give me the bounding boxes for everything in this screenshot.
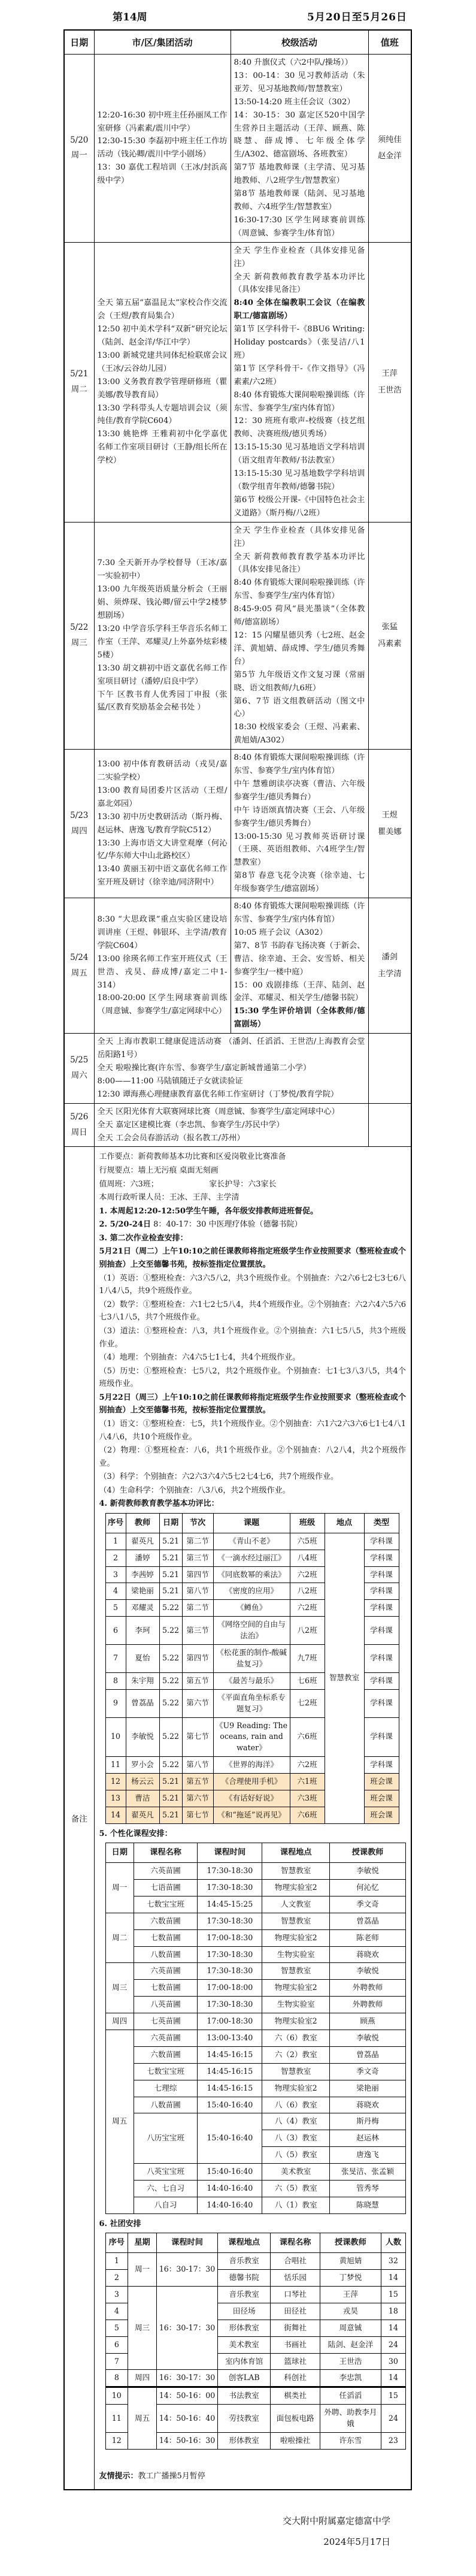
- inner-cell: 3: [105, 1566, 126, 1583]
- inner-cell: 八（5）教室: [262, 2147, 329, 2164]
- inner-cell: 第五节: [182, 1672, 213, 1689]
- inner-cell: 第四节: [182, 1566, 213, 1583]
- inner-cell: 朱宇翔: [126, 1672, 159, 1689]
- inner-cell: 第二节: [182, 1600, 213, 1617]
- inner-cell: 八（6）教室: [262, 2097, 329, 2113]
- activity-line: 14：30-15：30 嘉定区520中国学生营养日主题活动（王萍、顾燕、陈晓慧、…: [234, 109, 365, 162]
- inner-cell: 书法教室: [218, 2387, 271, 2405]
- header-school-activities: 校级活动: [231, 30, 368, 55]
- district-activities-cell: 13:00 初中体育教研活动（戎昊/嘉二实验学校）13:00 教育局团委片区活动…: [94, 750, 231, 898]
- inner-cell: 周四: [128, 2370, 157, 2387]
- inner-cell: 唐逸飞: [329, 2147, 405, 2164]
- activity-line: 全天 工会会员春游活动（报名教工/苏州）: [98, 1132, 365, 1145]
- note-line: （3）道法：①整班检查：八3，共1个班级作业。②个别抽查：六1七5八5，共3个班…: [99, 1325, 407, 1351]
- activity-line: 13:15-15:30 见习基地语文学科培训 （语文组青年教师/书法教室）: [234, 441, 365, 467]
- weekday-label: 周五: [65, 966, 94, 982]
- activity-line: 第7节 基地教师课（主学清、见习基地教师、八2班学生/智慧教室）: [234, 161, 365, 188]
- activity-line: 13:00 徐瑛名师工作室开班仪式（王世浩、戎昊、薛成博/嘉定二中1-314）: [98, 953, 228, 992]
- activity-line: 全天 新荷教师教育教学基本功评比（具体安排见备注）: [234, 551, 365, 577]
- date-cell: 5/21周二: [64, 242, 94, 522]
- activity-line: 13:00-15:30 见习教师英语研讨课（王瑛、英语组教师、六4班学生/智慧教…: [234, 831, 365, 870]
- note-text: 2. 5/20-24日: [99, 1220, 151, 1229]
- inner-cell: 美术教室: [218, 2336, 271, 2353]
- note-text: 本周行政听课人员：王冰、王萍、主学清: [99, 1193, 239, 1202]
- inner-cell: 季文奇: [329, 1896, 405, 1913]
- note-text: 5月21日（周二）上午10:10之前任课教师将指定班级学生作业按照要求（整班检查…: [99, 1247, 407, 1269]
- activity-line: 13:00 初中体育教研活动（戎昊/嘉二实验学校）: [98, 758, 228, 784]
- inner-cell: 七语苗圃: [134, 1880, 197, 1896]
- inner-cell: 17:30-18:30: [198, 1963, 262, 1980]
- inner-cell: 任滔滔: [320, 2387, 381, 2405]
- duty-name: 赵金洋: [369, 148, 411, 165]
- inner-cell: 周一: [128, 2253, 157, 2287]
- inner-row: 周二六数苗圃17:30-18:30智慧教室曾荔晶: [105, 1913, 406, 1929]
- note-line: 5月21日（周二）上午10:10之前任课教师将指定班级学生作业按照要求（整班检查…: [99, 1245, 407, 1271]
- day-row: 5/22周三7:30 全天新开办学校督导（王冰/嘉一实验初中）13:00 九年级…: [64, 522, 411, 749]
- inner-cell: 美术教室: [262, 2164, 329, 2181]
- inner-row: 1周一16：30-17：30音乐教室合唱社黄旭婧32: [105, 2253, 406, 2270]
- inner-cell: 5.21: [159, 1790, 182, 1807]
- inner-cell: 六英苗圃: [134, 1963, 197, 1980]
- inner-cell: 学科课: [364, 1583, 399, 1600]
- inner-cell: 周三: [128, 2286, 157, 2369]
- inner-header-row: 序号教师日期节次课题班级地点类型: [105, 1514, 399, 1533]
- inner-cell: 形体教室: [218, 2432, 271, 2449]
- inner-cell: 第六节: [182, 1790, 213, 1807]
- inner-cell: 戎昊: [320, 2303, 381, 2320]
- inner-cell: 六数苗圃: [134, 2046, 197, 2063]
- activity-line: 12:30-15:30 李磊初中班主任工作坊活动（钱沁卿/震川中学小剧场）: [98, 135, 228, 161]
- inner-cell: 2: [105, 2270, 128, 2287]
- inner-cell: 第三节: [182, 1617, 213, 1645]
- inner-cell: 曾荔晶: [329, 2046, 405, 2063]
- activity-line: 第8节 基地教师课（陆剑、见习基地教师、六4班学生/智慧教室）: [234, 188, 365, 214]
- activity-line: 12:20-16:30 初中班主任孙丽凤工作室研修（冯素素/震川中学）: [98, 109, 228, 135]
- activity-line: 8:40 全体在编教职工会议（在编教职工/德富剧场）: [234, 297, 365, 323]
- inner-cell: 第七节: [182, 1717, 213, 1757]
- inner-cell: 学科课: [364, 1566, 399, 1583]
- inner-cell: 班会课: [364, 1790, 399, 1807]
- inner-cell: 翟英凡: [126, 1807, 159, 1823]
- activity-line: 10:05 班子会议（A302）: [234, 926, 365, 940]
- activity-line: 13:00 九年级英语质量分析会（王丽娟、须烨琛、钱沁卿/留云中学2楼梦想剧场）: [98, 583, 228, 623]
- inner-cell: 六1班: [290, 1774, 325, 1790]
- main-table-body: 5/20周一12:20-16:30 初中班主任孙丽凤工作室研修（冯素素/震川中学…: [64, 55, 411, 2490]
- inner-cell: 5.22: [159, 1689, 182, 1717]
- inner-cell: 赵运林: [329, 2130, 405, 2147]
- inner-cell: 14：50-16：00: [156, 2387, 217, 2405]
- inner-header-cell: 课程名称: [271, 2233, 320, 2253]
- duty-name: 须纯佳: [369, 132, 411, 149]
- date-label: 5/21: [65, 367, 94, 382]
- district-activities-cell: 12:20-16:30 初中班主任孙丽凤工作室研修（冯素素/震川中学）12:30…: [94, 55, 231, 243]
- note-text: 6. 社团安排: [99, 2219, 141, 2228]
- inner-cell: 七数宝宝班: [134, 1896, 197, 1913]
- activity-line: 8:40 体育锻炼大课间啦啦操训练（许东雪、参赛学生/室内体育馆）: [234, 751, 365, 778]
- inner-cell: 丁梦悦: [320, 2270, 381, 2287]
- note-line: 友情提示：教工广播操5月暂停: [99, 2470, 407, 2483]
- inner-cell: 李茜婷: [126, 1566, 159, 1583]
- inner-cell: 13:00-13:40: [198, 2030, 262, 2047]
- inner-cell: 王世浩: [320, 2353, 381, 2370]
- date-label: 5/23: [65, 808, 94, 824]
- inner-cell: 物理实验室2: [262, 2080, 329, 2097]
- note-line: （2）物理：①整班检查：八6，共1个班级作业。②个别抽查：八2八4，共2个班级作…: [99, 1444, 407, 1470]
- inner-cell: 外聘教师: [329, 1997, 405, 2013]
- weekday-label: 周二: [65, 382, 94, 398]
- note-text: 8：40-17：30 中医理疗体验（德馨书院）: [151, 1220, 302, 1229]
- inner-cell: 14:45-16:15: [198, 2063, 262, 2080]
- inner-row: 周四七英苗圃17:00-18:30物理实验室2顾燕: [105, 2013, 406, 2030]
- duty-cell: 王萍王世浩: [368, 242, 411, 522]
- inner-cell: 劳技教室: [218, 2405, 271, 2433]
- inner-cell: 陈晓慧: [329, 2197, 405, 2213]
- duty-name: 主学清: [369, 966, 411, 983]
- inner-cell: 陆剑、赵金洋: [320, 2336, 381, 2353]
- inner-cell: 30: [381, 2353, 405, 2370]
- activity-line: 8:45-9:05 荷风“晨光墨谈”（全体教师/德富剧场）: [234, 603, 365, 629]
- inner-cell: 八2班: [290, 1617, 325, 1645]
- inner-cell: 7: [105, 1645, 126, 1673]
- inner-cell: 周五: [128, 2387, 157, 2450]
- inner-cell: 学科课: [364, 1533, 399, 1550]
- activity-line: 13：00-14：30 见习教师活动（朱亚芳、见习基地教师/智慧教室）: [234, 70, 365, 96]
- school-activities-cell: 8:40 体育锻炼大课间啦啦操训练（许东雪、参赛学生/室内体育馆）中午 慧雅朗读…: [231, 750, 368, 898]
- basic-table: 序号教师日期节次课题班级地点类型1翟英凡5.21第二节《青山不老》六5班智慧教室…: [105, 1513, 399, 1824]
- inner-cell: 季文奇: [329, 2063, 405, 2080]
- inner-cell: 12: [105, 1774, 126, 1790]
- inner-cell: 《最苦与最乐》: [213, 1672, 290, 1689]
- duty-cell: 须纯佳赵金洋: [368, 55, 411, 243]
- inner-row: 七理综14:45-16:15物理实验室2梁艳丽: [105, 2080, 406, 2097]
- inner-header-cell: 课程地点: [262, 1843, 329, 1863]
- inner-cell: 15:40-16:40: [198, 2097, 262, 2113]
- inner-cell: 六（2）教室: [262, 2046, 329, 2063]
- inner-header-cell: 人数: [381, 2233, 405, 2253]
- activity-line: 8:40 体育锻炼大课间啦啦操训练（许东雪、参赛学生/室内体育馆）: [234, 576, 365, 603]
- inner-cell: 潘婷: [126, 1550, 159, 1566]
- inner-cell: 学科课: [364, 1600, 399, 1617]
- inner-row: 周三六英苗圃17:30-18:30智慧教室李敏悦: [105, 1963, 406, 1980]
- inner-header-row: 序号星期课程时间课程地点课程名称授课教师人数: [105, 2233, 406, 2253]
- inner-row: 七数宝宝班14:45-15:25人文教室季文奇: [105, 1896, 406, 1913]
- day-row: 5/26周日全天 区阳光体育大联赛网球比赛（周意铖、参赛学生/嘉定网球中心）全天…: [64, 1103, 411, 1147]
- inner-cell: 《密度的应用》: [213, 1583, 290, 1600]
- inner-cell: 六（5）教室: [262, 2181, 329, 2197]
- activity-line: 12:50 初中美术学科“双新”研究论坛（陆剑、赵金洋/华江中学）: [98, 323, 228, 349]
- note-line: （5）历史：①整班检查：七5八2，共2个班级作业。个别抽查：七1七3八3八5，共…: [99, 1365, 407, 1391]
- inner-header-cell: 序号: [105, 1514, 126, 1533]
- inner-cell: 17:30-18:30: [198, 1863, 262, 1880]
- activity-line: 第5节 九年级语文作文复习课（常丽晓、语文组教师/九6班）: [234, 669, 365, 695]
- inner-cell: 李敏悦: [126, 1717, 159, 1757]
- inner-cell: 音乐教室: [218, 2253, 271, 2270]
- date-label: 5/22: [65, 620, 94, 636]
- inner-cell: 周五: [105, 2030, 134, 2214]
- note-line: （1）语文：①整班检查：七5，共1个班级作业。②个别抽查：六1六2六3六6七1七…: [99, 1418, 407, 1443]
- inner-cell: 15: [381, 2286, 405, 2303]
- activity-line: 下午 区教书育人优秀园丁申报（张猛/区教育奖励基金会秘书处 ）: [98, 688, 228, 715]
- inner-cell: 生物实验室: [262, 1946, 329, 1963]
- duty-cell: 张猛冯素素: [368, 522, 411, 749]
- note-text: 教工广播操5月暂停: [138, 2472, 205, 2481]
- note-text: 5月22日（周三）上午10:10之前任课教师将指定班级学生作业按照要求（整班检查…: [99, 1393, 407, 1415]
- activity-line: 13:30 胡文耕初中语文嘉优名师工作室项目研讨（潘婷/启良中学）: [98, 662, 228, 688]
- header-district-activities: 市/区/集团活动: [94, 30, 231, 55]
- inner-cell: 六6班: [290, 1717, 325, 1757]
- inner-header-row: 日期课程名称课程时间课程地点授课教师: [105, 1843, 406, 1863]
- inner-cell: 八自习: [134, 2197, 197, 2213]
- activity-line: 16:30-17:30 区学生网球赛前训练（周意铖、参赛学生/体育馆）: [234, 214, 365, 240]
- note-line: 5. 个性化课程安排：: [99, 1828, 407, 1841]
- clubs-table: 序号星期课程时间课程地点课程名称授课教师人数1周一16：30-17：30音乐教室…: [105, 2233, 407, 2449]
- activity-line: 13:40 黄丽玉初中语文嘉优名师工作室开班及研讨（徐幸迪/同济附中）: [98, 863, 228, 889]
- inner-cell: 智慧教室: [262, 1863, 329, 1880]
- district-activities-cell: 7:30 全天新开办学校督导（王冰/嘉一实验初中）13:00 九年级英语质量分析…: [94, 522, 231, 749]
- date-cell: 5/20周一: [64, 55, 94, 243]
- inner-cell: 音乐教室: [218, 2286, 271, 2303]
- activity-line: 全天 学生作业检查（具体安排见备注）: [234, 524, 365, 551]
- inner-cell: 1: [105, 1533, 126, 1550]
- merged-activities-cell: 全天 区阳光体育大联赛网球比赛（周意铖、参赛学生/嘉定网球中心）全天 嘉定区建模…: [94, 1103, 368, 1147]
- inner-cell: 23: [381, 2432, 405, 2449]
- inner-cell: 5.21: [159, 1550, 182, 1566]
- inner-cell: 六数苗圃: [134, 1913, 197, 1929]
- note-line: （2）数学：①整班检查：六1七2七5八4，共4个班级作业。②个别抽查：六2六4六…: [99, 1298, 407, 1324]
- inner-cell: 8: [105, 2370, 128, 2387]
- note-text: （4）生命科学：个别抽查：八3八6，共2个班级作业。: [99, 1486, 290, 1495]
- title-row: 第14周 5月20日至5月26日: [63, 8, 411, 23]
- inner-cell: 第七节: [182, 1807, 213, 1823]
- merged-activities-cell: 全天 上海市教职工健康促进活动赛 （潘剑、任滔滔、王世浩/上海教育会堂 岳阳路1…: [94, 1034, 368, 1104]
- inner-cell: 七英苗圃: [134, 2013, 197, 2030]
- note-line: 本周行政听课人员：王冰、王萍、主学清: [99, 1191, 407, 1204]
- date-range: 5月20日至5月26日: [307, 8, 407, 23]
- school-activities-cell: 全天 学生作业检查（具体安排见备注）全天 新荷教师教育教学基本功评比（具体安排见…: [231, 522, 368, 749]
- inner-cell: 创客LAB: [218, 2370, 271, 2387]
- day-row: 5/25周六全天 上海市教职工健康促进活动赛 （潘剑、任滔滔、王世浩/上海教育会…: [64, 1034, 411, 1104]
- activity-line: 13:00 教育局团委片区活动（王煜/嘉北郊园）: [98, 784, 228, 811]
- inner-cell: 第二节: [182, 1533, 213, 1550]
- date-cell: 5/26周日: [64, 1103, 94, 1147]
- inner-cell: 《有话好好说》: [213, 1790, 290, 1807]
- activity-line: 全天 嘉定区建模比赛（李忠凯、参赛学生/苏民中学）: [98, 1119, 365, 1132]
- inner-cell: 周意铖: [320, 2320, 381, 2336]
- inner-cell: 恬乐园: [271, 2270, 320, 2287]
- activity-line: 13:20 中学音乐学科王华音乐名师工作室（王萍、邓耀灵/上外嘉外炫彩楼5楼）: [98, 623, 228, 662]
- activity-line: 13:00 义务教育教学管理研修班（瞿美娜/教导教育局）: [98, 376, 228, 402]
- inner-cell: 24: [381, 2336, 405, 2353]
- activity-line: 第6节 校级公开课-《中国特色社会主义道路》（斯丹梅/八2班）: [234, 494, 365, 520]
- district-activities-cell: 全天 第五届“嘉温昆太”家校合作交流会（王煜/教育局集合）12:50 初中美术学…: [94, 242, 231, 522]
- inner-cell: 八（1）教室: [262, 2197, 329, 2213]
- inner-cell: 李敏悦: [329, 1863, 405, 1880]
- date-label: 5/26: [65, 1110, 94, 1125]
- footer-school-name: 交大附中附属嘉定德富中学: [63, 2511, 390, 2532]
- inner-row: 10周五14：50-16：00书法教室棋类社任滔滔15: [105, 2387, 406, 2405]
- duty-name: 冯素素: [369, 636, 411, 653]
- inner-cell: 5: [105, 2320, 128, 2336]
- date-label: 5/25: [65, 1053, 94, 1068]
- note-line: 值周班：六3班； 家长护导：六3家长: [99, 1178, 407, 1191]
- note-text: 1. 本周起12:20-12:50学生午睡，各年级安排教师进班督促。: [99, 1207, 318, 1216]
- personal-table: 日期课程名称课程时间课程地点授课教师周一六英苗圃17:30-18:30智慧教室李…: [105, 1843, 407, 2214]
- footer-date: 2024年5月17日: [63, 2532, 390, 2553]
- date-cell: 5/25周六: [64, 1034, 94, 1104]
- inner-cell: 学科课: [364, 1550, 399, 1566]
- inner-row: 八数苗圃17:30-18:30生物实验室蒋晓欢: [105, 1946, 406, 1963]
- notes-label: 备注: [64, 1147, 94, 2490]
- inner-cell: 5.22: [159, 1645, 182, 1673]
- day-row: 5/21周二全天 第五届“嘉温昆太”家校合作交流会（王煜/教育局集合）12:50…: [64, 242, 411, 522]
- inner-cell: 8: [105, 1672, 126, 1689]
- inner-row: 六、七自习14:40-16:40六（5）教室管秀琴: [105, 2181, 406, 2197]
- activity-line: 18:00-20:00 区学生网球赛前训练（周意铖、参赛学生/嘉定网球中心）: [98, 992, 228, 1018]
- weekday-label: 周六: [65, 1068, 94, 1084]
- inner-cell: 书画社: [271, 2336, 320, 2353]
- inner-cell: 6: [105, 2336, 128, 2353]
- note-text: （1）语文：①整班检查：七5，共1个班级作业。②个别抽查：六1六2六3六6七1七…: [99, 1420, 407, 1442]
- inner-cell: 科创社: [271, 2370, 320, 2387]
- inner-cell: 李敏悦: [329, 1963, 405, 1980]
- inner-cell: 篮球社: [271, 2353, 320, 2370]
- inner-cell: 班会课: [364, 1807, 399, 1823]
- note-line: （1）英语：①整班检查：六3六5八2，共3个班级作业。个别抽查：六2六6七2七3…: [99, 1272, 407, 1298]
- inner-cell: 许东雪: [320, 2432, 381, 2449]
- inner-cell: 32: [381, 2253, 405, 2270]
- note-text: 3. 第二次作业检查安排：: [99, 1234, 188, 1243]
- inner-cell: 智慧教室: [262, 1913, 329, 1929]
- inner-cell: 六英苗圃: [134, 1863, 197, 1880]
- inner-cell: 12: [105, 2432, 128, 2449]
- note-line: 行规要点：墙上无污痕 桌面无刻画: [99, 1164, 407, 1177]
- inner-cell: 5.22: [159, 1717, 182, 1757]
- inner-row: 六数苗圃14:45-16:15六（2）教室曾荔晶: [105, 2046, 406, 2063]
- inner-cell: 5.21: [159, 1533, 182, 1550]
- inner-cell: 口琴社: [271, 2286, 320, 2303]
- note-text: 工作要点：新荷教师基本功比赛和区爱岗敬业比赛准备: [99, 1152, 286, 1161]
- inner-cell: 八2班: [290, 1583, 325, 1600]
- activity-line: 12：15 闪耀星德贝秀（七2班、赵金洋、黄旭婧、薛成博、学生/德贝秀舞台）: [234, 629, 365, 669]
- inner-header-cell: 日期: [105, 1843, 134, 1863]
- inner-cell: 学科课: [364, 1672, 399, 1689]
- activity-line: 13:15-15:30 见习基地数学学科培训（数学组青年教师/德馨书院）: [234, 467, 365, 494]
- date-cell: 5/23周四: [64, 750, 94, 898]
- inner-cell: 德馨书院: [218, 2270, 271, 2287]
- inner-cell: 16：30-17：30: [156, 2286, 217, 2369]
- duty-name: 王煜: [369, 807, 411, 824]
- inner-cell: 六5班: [290, 1533, 325, 1550]
- inner-cell: 14:45-16:15: [198, 2080, 262, 2097]
- inner-cell: 周三: [105, 1963, 134, 2013]
- school-activities-cell: 全天 学生作业检查（具体安排见备注）全天 新荷教师教育教学基本功评比（具体安排见…: [231, 242, 368, 522]
- note-text: （4）地理：个别抽查：六4六5七1七4，共4个班级作业。: [99, 1353, 301, 1362]
- note-line: （4）生命科学：个别抽查：八3八6，共2个班级作业。: [99, 1484, 407, 1497]
- inner-row: 七数苗圃17:00-18:30物理实验室2陈老师: [105, 1929, 406, 1946]
- note-text: （5）历史：①整班检查：七5八2，共2个班级作业。个别抽查：七1七3八3八5，共…: [99, 1367, 407, 1389]
- activity-line: 中午 诗语颂真情决赛（王会、八年级参赛学生/德贝秀舞台）: [234, 804, 365, 831]
- district-activities-cell: 8:30 “大思政课”重点实验区建设培训讲座（王煜、韩银环、主学清/教育学院C6…: [94, 898, 231, 1034]
- inner-cell: 顾燕: [329, 2013, 405, 2030]
- inner-cell: 《松花蛋的制作-酸碱盐复习》: [213, 1645, 290, 1673]
- inner-cell: 《合理使用手机》: [213, 1774, 290, 1790]
- inner-cell: 王萍: [320, 2286, 381, 2303]
- inner-cell: 17:30-18:30: [198, 1946, 262, 1963]
- inner-row: 八历宝宝班15:40-16:40八（4）教室斯丹梅: [105, 2113, 406, 2130]
- inner-cell: 罗小会: [126, 1757, 159, 1774]
- inner-header-cell: 类型: [364, 1514, 399, 1533]
- inner-cell: 14:40-16:40: [198, 2181, 262, 2197]
- inner-cell: 人文教室: [262, 1896, 329, 1913]
- activity-line: 8:40 升旗仪式（六2中队/操场））: [234, 56, 365, 70]
- inner-cell: 八历宝宝班: [134, 2113, 197, 2164]
- inner-cell: 学科课: [364, 1617, 399, 1645]
- inner-cell: 《鳟鱼》: [213, 1600, 290, 1617]
- activity-line: 13:30 上海市语文大讲堂观摩（何沁忆/华东师大中山北路校区）: [98, 837, 228, 863]
- duty-cell: [368, 1034, 411, 1104]
- inner-cell: 七6班: [290, 1672, 325, 1689]
- note-line: （3）科学：个别抽查：六2六3六4六5七2七4七6，共7个班级作业。: [99, 1470, 407, 1484]
- inner-cell: 17:00-18:30: [198, 2013, 262, 2030]
- inner-cell: 七2班: [290, 1689, 325, 1717]
- inner-header-cell: 授课教师: [320, 2233, 381, 2253]
- activity-line: 第1节 区学科骨干-《8BU6 Writing: Holiday postcar…: [234, 323, 365, 363]
- inner-cell: 周二: [105, 1913, 134, 1963]
- inner-header-cell: 课程时间: [198, 1843, 262, 1863]
- inner-cell: 17:30-18:30: [198, 1880, 262, 1896]
- inner-cell: 曹洁: [126, 1790, 159, 1807]
- inner-cell: 梁艳丽: [329, 2080, 405, 2097]
- inner-cell: 学科课: [364, 1689, 399, 1717]
- inner-cell: 第八节: [182, 1757, 213, 1774]
- inner-cell: 16：30-17：30: [156, 2253, 217, 2287]
- inner-cell: 周一: [105, 1863, 134, 1913]
- inner-header-cell: 课程名称: [134, 1843, 197, 1863]
- weekday-label: 周四: [65, 824, 94, 839]
- inner-cell: 第四节: [182, 1645, 213, 1673]
- inner-cell: 5: [105, 1600, 126, 1617]
- inner-cell: 生物实验室: [262, 1997, 329, 2013]
- inner-cell: 七数苗圃: [134, 1929, 197, 1946]
- activity-line: 8:40 体育锻炼大课间啦啦操训练（许东雪、参赛学生/室内体育馆）: [234, 389, 365, 415]
- inner-row: 七数苗圃17:00-18:00物理实验室2外聘教师: [105, 1980, 406, 1997]
- inner-cell: 翟英凡: [126, 1533, 159, 1550]
- inner-cell: 17:30-18:30: [198, 1913, 262, 1929]
- inner-cell: 街舞社: [271, 2320, 320, 2336]
- week-title: 第14周: [113, 8, 147, 23]
- inner-header-cell: 课题: [213, 1514, 290, 1533]
- inner-cell: 学科课: [364, 1757, 399, 1774]
- inner-row: 八数苗圃15:40-16:40八（6）教室蒋晓欢: [105, 2097, 406, 2113]
- inner-cell: 智慧教室: [262, 1963, 329, 1980]
- inner-cell: 《平面直角坐标系专题复习》: [213, 1689, 290, 1717]
- inner-cell: 曾荔晶: [329, 1913, 405, 1929]
- activity-line: 12:30 谭海燕心理健康教育嘉优名师工作室研讨（丁梦悦/教育学院）: [98, 1088, 365, 1101]
- inner-cell: 5.22: [159, 1672, 182, 1689]
- inner-cell: 《青山不老》: [213, 1533, 290, 1550]
- header-date: 日期: [64, 30, 94, 55]
- note-text: 行规要点：墙上无污痕 桌面无刻画: [99, 1166, 219, 1175]
- inner-cell: 5.22: [159, 1757, 182, 1774]
- duty-cell: [368, 1103, 411, 1147]
- inner-cell: 管秀琴: [329, 2181, 405, 2197]
- activity-line: 全天 新荷教师教育教学基本功评比（具体安排见备注）: [234, 271, 365, 297]
- note-text: （3）道法：①整班检查：八3，共1个班级作业。②个别抽查：六1七5八5，共3个班…: [99, 1327, 407, 1349]
- inner-cell: 11: [105, 1757, 126, 1774]
- date-label: 5/20: [65, 133, 94, 149]
- inner-cell: 5.22: [159, 1617, 182, 1645]
- main-table-head: 日期 市/区/集团活动 校级活动 值班: [64, 30, 411, 55]
